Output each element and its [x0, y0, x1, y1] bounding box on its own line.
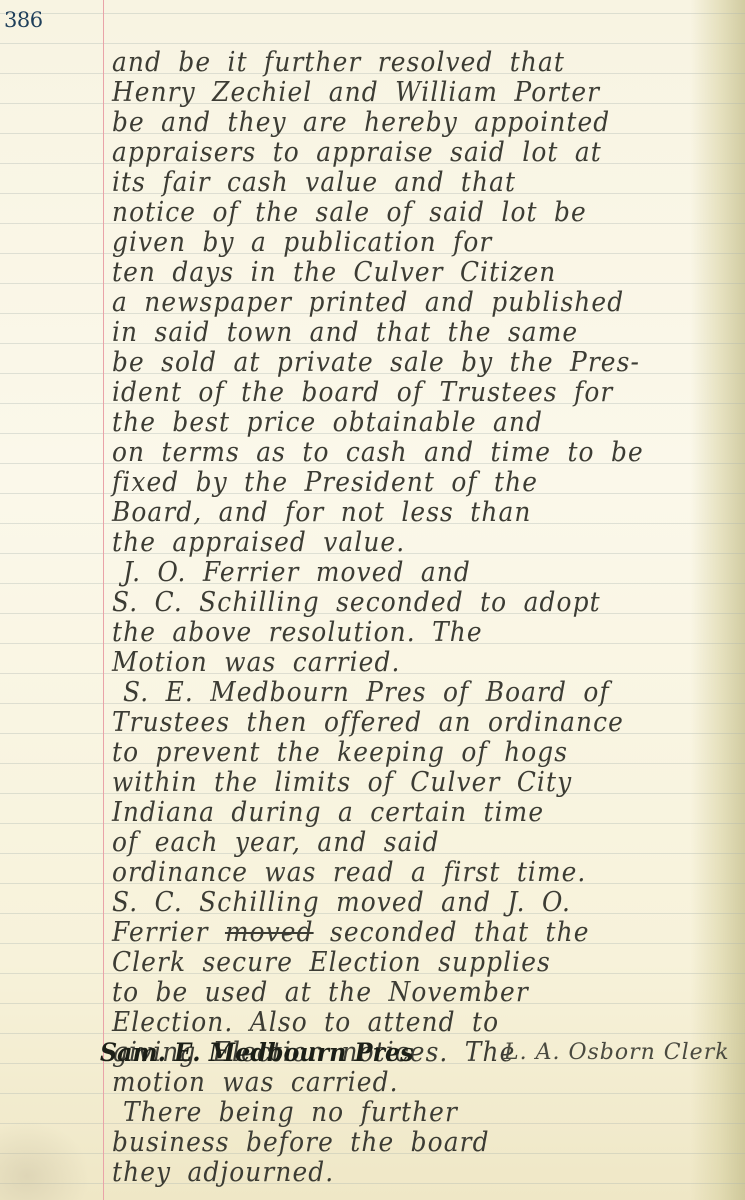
clerk-signature: L. A. Osborn Clerk [504, 1040, 730, 1065]
text-line: be sold at private sale by the Pres- [112, 348, 664, 378]
text-line: fixed by the President of the [112, 468, 664, 498]
page-number: 386 [4, 8, 43, 32]
text-line: on terms as to cash and time to be [112, 438, 664, 468]
text-line: ten days in the Culver Citizen [112, 258, 664, 288]
text-line: motion was carried. [112, 1068, 664, 1098]
text-line: and be it further resolved that [112, 48, 664, 78]
text-line: be and they are hereby appointed [112, 108, 664, 138]
struck-word: moved [225, 917, 314, 948]
text-line: S. C. Schilling seconded to adopt [112, 588, 664, 618]
text-line: given by a publication for [112, 228, 664, 258]
text-line: the appraised value. [112, 528, 664, 558]
text-line: the best price obtainable and [112, 408, 664, 438]
text-line: Trustees then offered an ordinance [112, 708, 664, 738]
text-line: ident of the board of Trustees for [112, 378, 664, 408]
text-fragment: seconded that the [314, 917, 590, 948]
text-line: ordinance was read a first time. [112, 858, 664, 888]
text-line: of each year, and said [112, 828, 664, 858]
text-line: S. E. Medbourn Pres of Board of [112, 678, 664, 708]
text-line: within the limits of Culver City [112, 768, 664, 798]
text-line: its fair cash value and that [112, 168, 664, 198]
text-line-with-strikethrough: Ferrier moved seconded that the [112, 918, 664, 948]
text-line: business before the board [112, 1128, 664, 1158]
text-line: to be used at the November [112, 978, 664, 1008]
text-line: appraisers to appraise said lot at [112, 138, 664, 168]
text-line: J. O. Ferrier moved and [112, 558, 664, 588]
text-line: Indiana during a certain time [112, 798, 664, 828]
president-signature: Sam. E. Medbourn Pres [100, 1038, 413, 1067]
ledger-page: 386 and be it further resolved that Henr… [0, 0, 745, 1200]
paper-stain [0, 1120, 90, 1200]
text-line: notice of the sale of said lot be [112, 198, 664, 228]
text-line: a newspaper printed and published [112, 288, 664, 318]
text-line: the above resolution. The [112, 618, 664, 648]
text-line: Board, and for not less than [112, 498, 664, 528]
signature-block: Sam. E. Medbourn Pres L. A. Osborn Clerk [100, 1038, 740, 1072]
margin-rule [103, 0, 104, 1200]
text-line: to prevent the keeping of hogs [112, 738, 664, 768]
text-line: they adjourned. [112, 1158, 664, 1188]
text-line: S. C. Schilling moved and J. O. [112, 888, 664, 918]
text-line: in said town and that the same [112, 318, 664, 348]
minutes-entry: and be it further resolved that Henry Ze… [112, 48, 712, 1188]
text-line: Henry Zechiel and William Porter [112, 78, 664, 108]
text-line: Election. Also to attend to [112, 1008, 664, 1038]
text-line: Motion was carried. [112, 648, 664, 678]
text-line: Clerk secure Election supplies [112, 948, 664, 978]
text-fragment: Ferrier [112, 917, 225, 948]
text-line: There being no further [112, 1098, 664, 1128]
